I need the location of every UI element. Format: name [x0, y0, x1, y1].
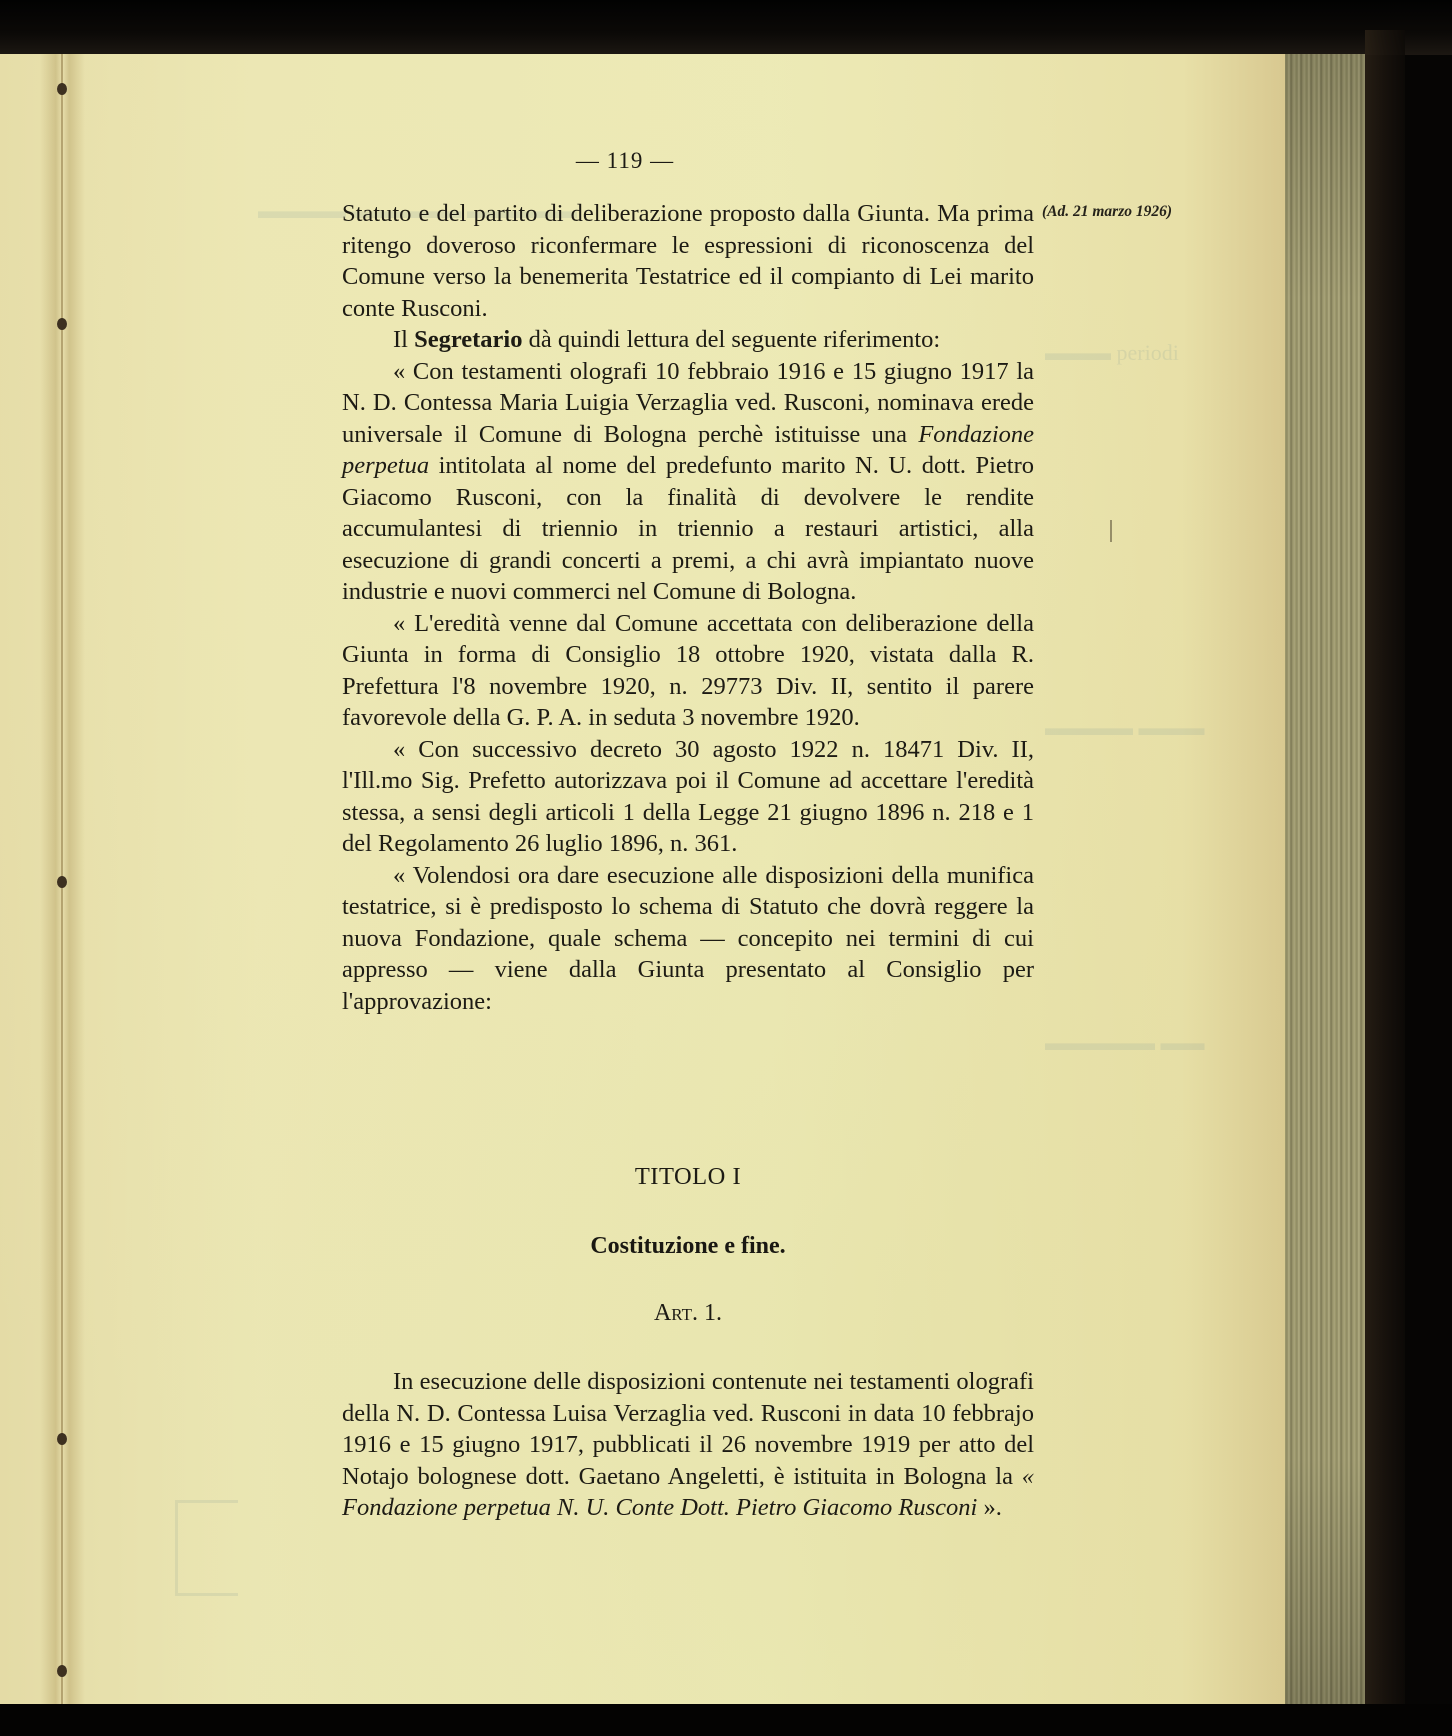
paragraph: « Volendosi ora dare esecuzione alle dis…: [342, 860, 1034, 1018]
book-bottom-edge: [0, 1704, 1452, 1736]
book-cover-edge: [1365, 30, 1405, 1710]
text-span: ».: [977, 1494, 1002, 1521]
paragraph: « Con successivo decreto 30 agosto 1922 …: [342, 734, 1034, 860]
paragraph: Il Segretario dà quindi lettura del segu…: [342, 324, 1034, 356]
binding-stitch-icon: [57, 1665, 67, 1677]
body-text: Statuto e del partito di deliberazione p…: [342, 198, 1034, 1017]
text-span: In esecuzione delle disposizioni contenu…: [342, 1368, 1034, 1490]
paragraph: Statuto e del partito di deliberazione p…: [342, 198, 1034, 324]
bleed-through-text: ▬▬▬▬ ▬▬▬: [1045, 715, 1205, 741]
section-title: TITOLO I: [342, 1163, 1034, 1191]
page-block-shade: [1285, 54, 1365, 1704]
margin-note-date: (Ad. 21 marzo 1926): [1042, 203, 1172, 221]
article-text: In esecuzione delle disposizioni contenu…: [342, 1366, 1034, 1524]
bleed-through-text: ▬▬▬▬▬ ▬▬: [1045, 1030, 1205, 1056]
section-subtitle: Costituzione e fine.: [342, 1233, 1034, 1260]
paragraph: « L'eredità venne dal Comune accettata c…: [342, 608, 1034, 734]
paragraph: « Con testamenti olografi 10 febbraio 19…: [342, 356, 1034, 608]
text-span: dà quindi lettura del seguente riferimen…: [523, 326, 941, 353]
page-number: — 119 —: [560, 148, 690, 174]
text-span: intitolata al nome del predefunto marito…: [342, 452, 1034, 605]
speaker-name: Segretario: [414, 326, 522, 353]
binding-stitch-icon: [57, 876, 67, 888]
binding-stitch-icon: [57, 318, 67, 330]
bleed-through-text: ▬▬▬ periodi: [1045, 340, 1179, 366]
library-stamp-ghost: [175, 1500, 238, 1596]
text-span: Il: [393, 326, 414, 353]
article-heading: Art. 1.: [342, 1300, 1034, 1327]
binding-stitch-icon: [57, 83, 67, 95]
binding-stitch-icon: [57, 1433, 67, 1445]
book-top-edge: [0, 0, 1452, 55]
margin-mark: [1110, 520, 1112, 542]
paragraph: In esecuzione delle disposizioni contenu…: [342, 1366, 1034, 1524]
